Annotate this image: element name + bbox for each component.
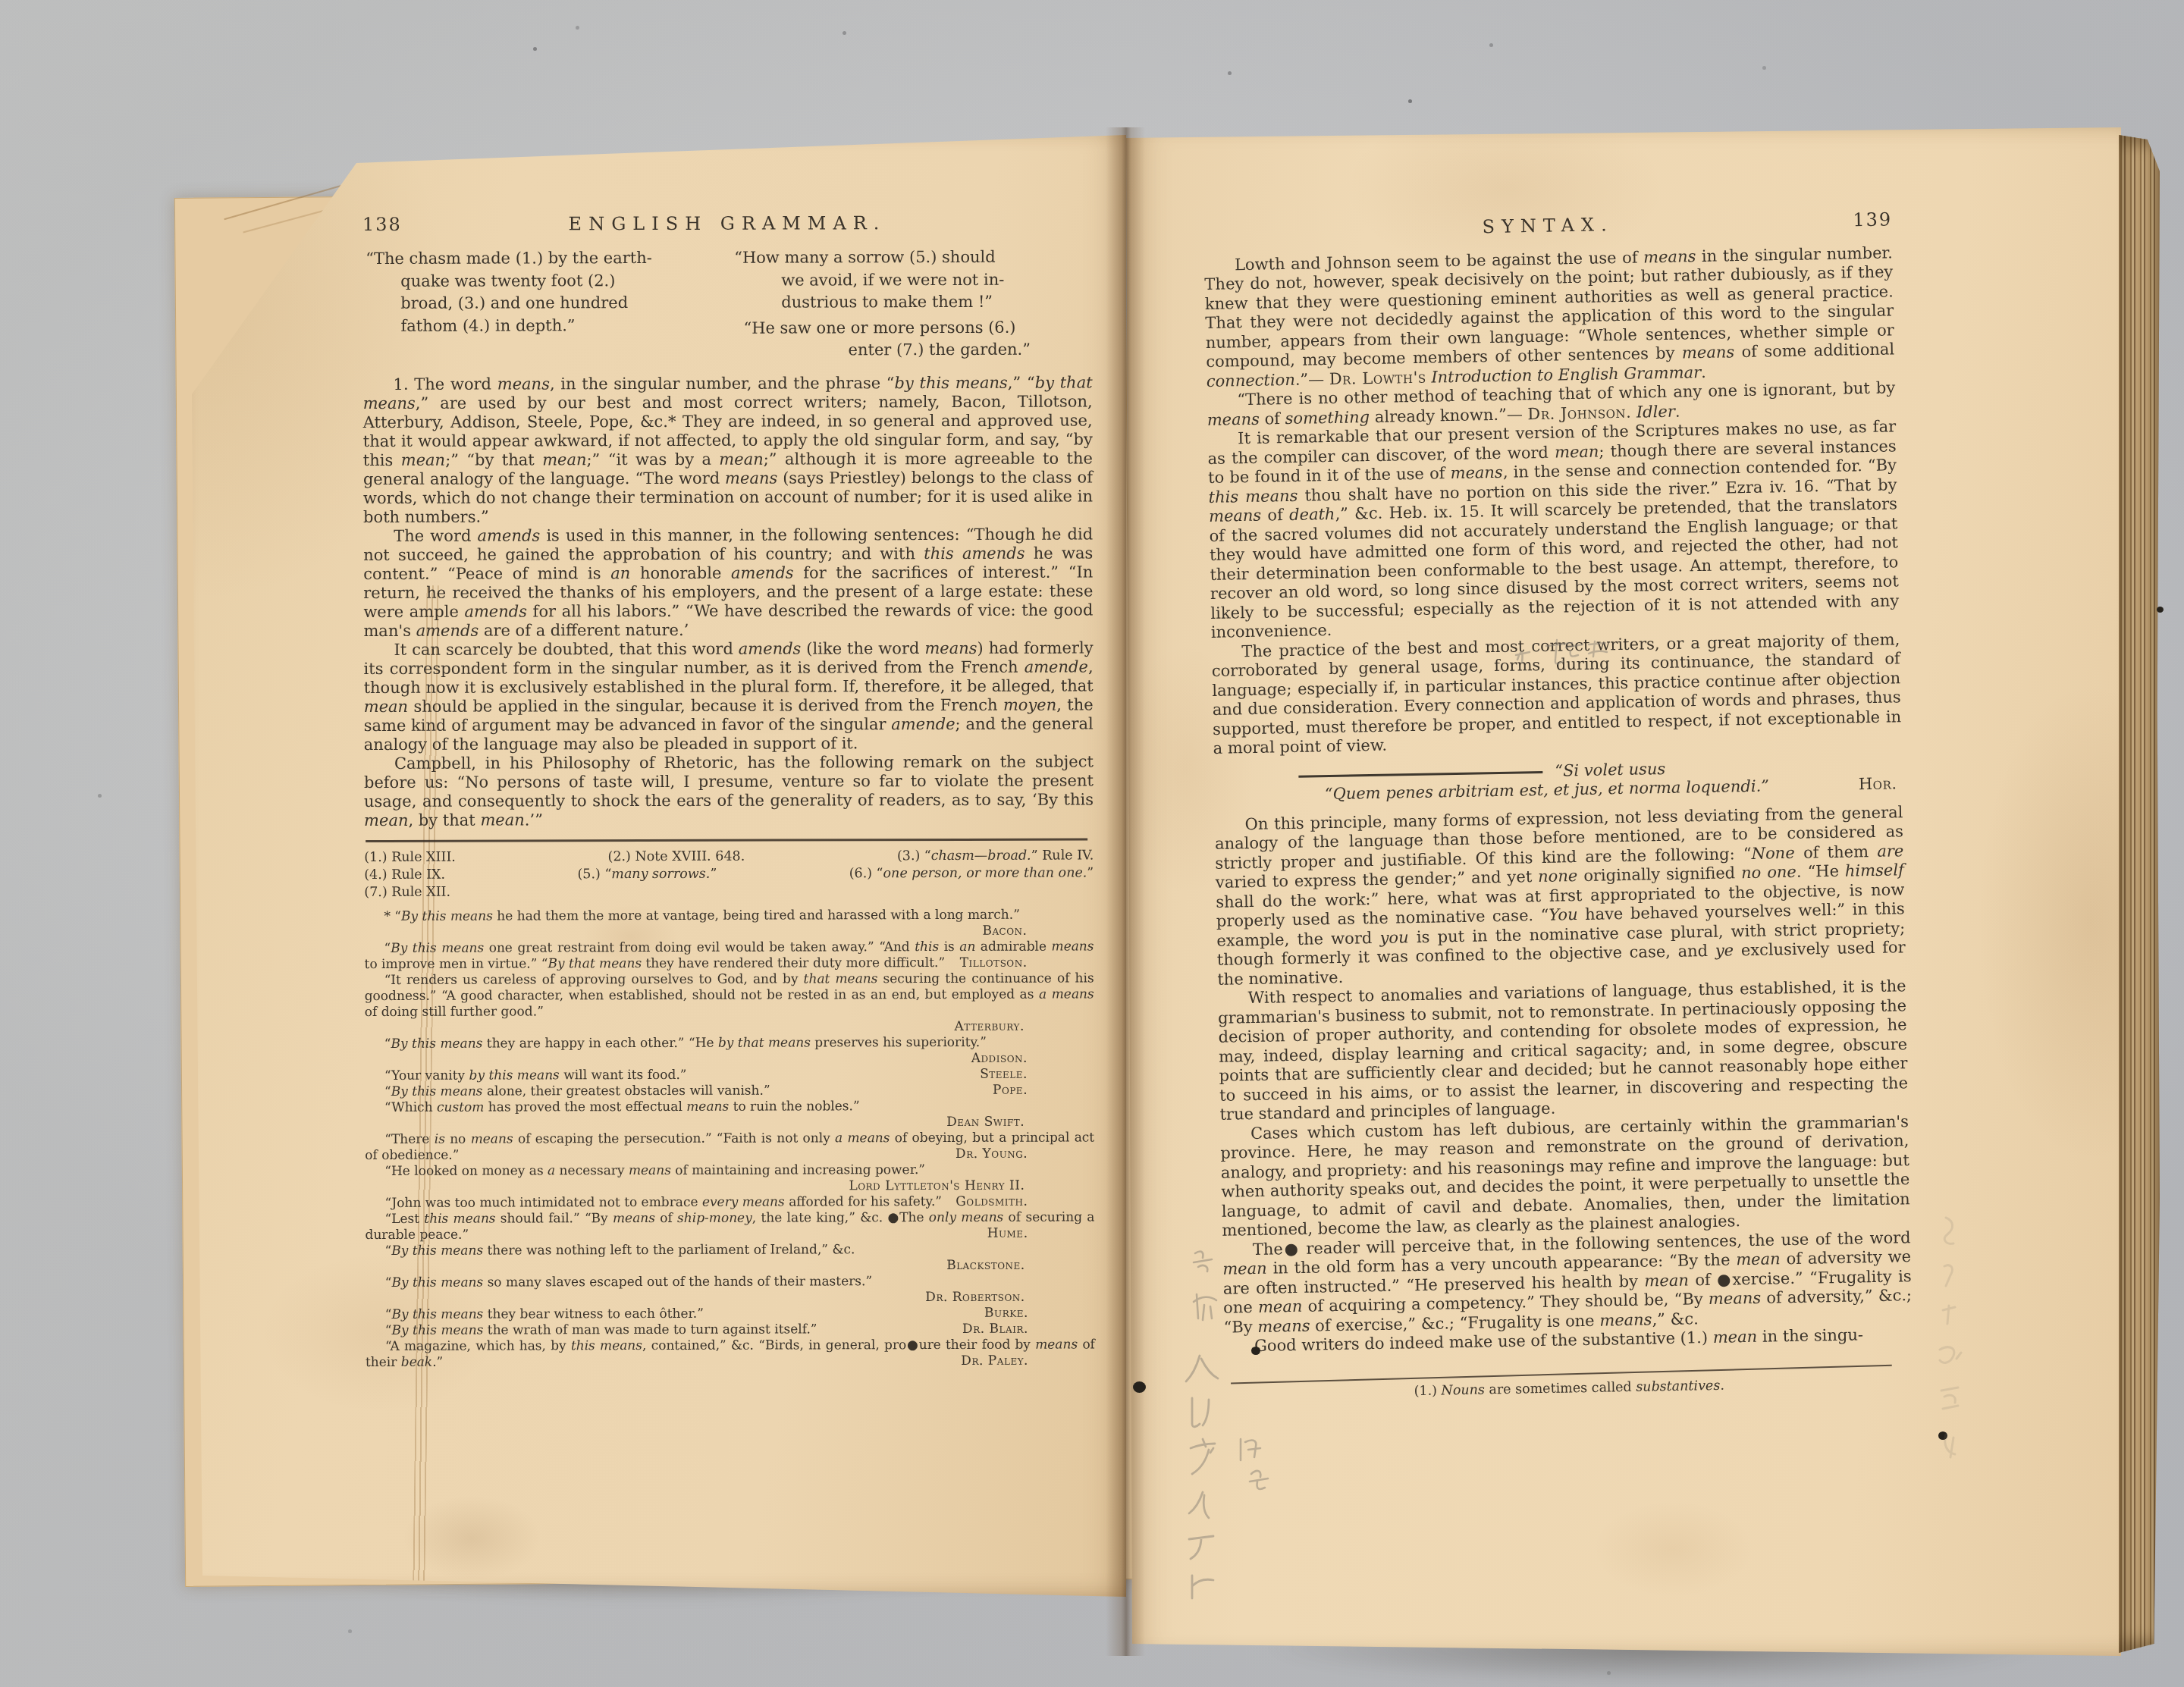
footnote-author: Dr. Robertson. xyxy=(366,1289,1095,1307)
quote-line: “He saw one or more persons (6.) xyxy=(734,316,1092,340)
pencil-annotation-margin-c xyxy=(1235,1435,1280,1500)
pencil-annotation-margin-b xyxy=(1183,1351,1225,1601)
paragraph: With respect to anomalies and variations… xyxy=(1218,977,1909,1124)
footnote-author: Goldsmith. xyxy=(955,1193,1028,1209)
footnote-entry: “By this means one great restraint from … xyxy=(365,939,1094,973)
pencil-annotation-top xyxy=(1513,637,1611,676)
footnote-quote: “By this means they are happy in each ot… xyxy=(384,1034,987,1051)
footnote-author: Pope. xyxy=(993,1082,1028,1098)
footnote-quote: “By this means there was nothing left to… xyxy=(385,1242,855,1259)
paragraph: Lowth and Johnson seem to be against the… xyxy=(1204,243,1895,391)
footnote-ref: (1.) Rule XIII. xyxy=(364,848,456,866)
right-page-content: SYNTAX. 139 Lowth and Johnson seem to be… xyxy=(1203,210,1913,1404)
paragraph: Campbell, in his Philosophy of Rhetoric,… xyxy=(364,752,1094,830)
footnote-ref: (7.) Rule XII. xyxy=(364,883,450,901)
pencil-annotation-margin-a xyxy=(1189,1247,1222,1326)
quote-column-1: “The chasm made (1.) by the earth- quake… xyxy=(366,247,708,363)
footnote-quote: * “By this means he had them the more at… xyxy=(384,907,1019,923)
footnote-entry: “He looked on money as a necessary means… xyxy=(365,1162,1094,1180)
footnote-separator-rule xyxy=(366,838,1087,842)
quote-line: “How many a sorrow (5.) should xyxy=(734,246,1092,269)
verse-dash-rule xyxy=(1298,770,1542,777)
footnote-entry: * “By this means he had them the more at… xyxy=(364,907,1094,941)
footnote-ref-row: (1.) Rule XIII. (2.) Note XVIII. 648. (3… xyxy=(364,847,1094,867)
footnote-entry: “By this means the wrath of man was made… xyxy=(366,1321,1095,1339)
right-page: SYNTAX. 139 Lowth and Johnson seem to be… xyxy=(1126,127,2121,1656)
footnote-references: (1.) Rule XIII. (2.) Note XVIII. 648. (3… xyxy=(364,847,1094,902)
right-footnote: (1.) Nouns are sometimes called substant… xyxy=(1225,1373,1913,1405)
footnote-quote: “Lest this means should fail.” “By means… xyxy=(365,1209,1094,1243)
book-fore-edge xyxy=(2119,135,2160,1653)
footnote-author: Dr. Paley. xyxy=(961,1353,1028,1369)
pencil-annotation-right-margin xyxy=(1932,1213,1970,1471)
footnote-entry: “Your vanity by this means will want its… xyxy=(365,1066,1094,1084)
footnote-quote: “John was too much intimidated not to em… xyxy=(384,1194,942,1211)
footnote-entry: “There is no means of escaping the perse… xyxy=(365,1130,1094,1164)
footnote-quote: “Which custom has proved the most effect… xyxy=(384,1099,860,1115)
footnote-author: Dean Swift. xyxy=(365,1114,1094,1132)
ink-blot xyxy=(1133,1381,1146,1393)
example-quote-block: “The chasm made (1.) by the earth- quake… xyxy=(366,246,1092,362)
footnote-ref: (2.) Note XVIII. 648. xyxy=(608,848,745,865)
paragraph: It is remarkable that our present versio… xyxy=(1207,417,1900,642)
verse-text: “Si volet usus xyxy=(1555,759,1665,779)
paragraph: 1. The word means, in the singular numbe… xyxy=(363,373,1094,527)
left-page-number: 138 xyxy=(362,215,484,234)
quote-line: we avoid, if we were not in- xyxy=(734,268,1092,292)
footnote-quote: “Your vanity by this means will want its… xyxy=(384,1067,687,1083)
footnote-entry: “By this means alone, their greatest obs… xyxy=(365,1082,1094,1100)
quote-line: dustrious to make them !” xyxy=(734,290,1092,314)
quote-line: enter (7.) the garden.” xyxy=(734,338,1092,362)
footnote-entry: “It renders us careless of approving our… xyxy=(365,970,1094,1021)
footnote-entry: “By this means they are happy in each ot… xyxy=(365,1034,1094,1068)
footnote-quote: “He looked on money as a necessary means… xyxy=(384,1162,925,1179)
footnote-author: Lord Lyttleton's Henry II. xyxy=(365,1177,1094,1196)
footnote-ref-row: (7.) Rule XII. xyxy=(364,882,1094,902)
footnote-ref-row: (4.) Rule IX. (5.) “many sorrows.” (6.) … xyxy=(364,864,1094,884)
footnote-ref: (3.) “chasm—broad.” Rule IV. xyxy=(897,847,1094,865)
footnote-author: Burke. xyxy=(984,1305,1028,1321)
footnote-entry: “A magazine, which has, by this means, c… xyxy=(366,1337,1095,1371)
footnote-ref: (4.) Rule IX. xyxy=(364,866,445,883)
footnotes-block: * “By this means he had them the more at… xyxy=(364,907,1095,1371)
latin-verse: “Si volet usus “Quem penes arbitriam est… xyxy=(1213,755,1903,807)
footnote-ref: (6.) “one person, or more than one.” xyxy=(849,864,1094,883)
quote-line: quake was twenty foot (2.) xyxy=(366,269,708,293)
left-page-header: 138 ENGLISH GRAMMAR. xyxy=(362,213,1092,234)
ink-blot xyxy=(1251,1347,1260,1355)
paragraph: Cases which custom has left dubious, are… xyxy=(1220,1112,1911,1241)
paragraph: The● reader will perceive that, in the f… xyxy=(1222,1228,1913,1337)
footnote-quote: “By this means alone, their greatest obs… xyxy=(384,1083,770,1099)
paragraph: The word amends is used in this manner, … xyxy=(363,525,1093,641)
footnote-author: Hume. xyxy=(987,1225,1028,1241)
left-running-head: ENGLISH GRAMMAR. xyxy=(484,214,971,234)
footnote-entry: “By this means they bear witness to each… xyxy=(366,1305,1095,1323)
footnote-quote: “By this means they bear witness to each… xyxy=(385,1306,704,1322)
footnote-quote: “It renders us careless of approving our… xyxy=(365,970,1094,1020)
left-page-content: 138 ENGLISH GRAMMAR. “The chasm made (1.… xyxy=(362,213,1095,1370)
quote-line: fathom (4.) in depth.” xyxy=(366,314,708,337)
book-gutter-shadow xyxy=(1106,127,1145,1656)
footnote-author: Tillotson. xyxy=(960,955,1028,970)
footnote-author: Atterbury. xyxy=(365,1018,1094,1036)
left-page: 138 ENGLISH GRAMMAR. “The chasm made (1.… xyxy=(192,130,1126,1597)
footnote-author: Dr. Young. xyxy=(955,1146,1028,1162)
dust-specks xyxy=(0,0,2,2)
ink-blot xyxy=(2157,607,2164,613)
footnote-entry: “Which custom has proved the most effect… xyxy=(365,1098,1094,1116)
paragraph: It can scarcely be doubted, that this wo… xyxy=(363,638,1093,754)
footnote-entry: “By this means so many slaves escaped ou… xyxy=(366,1273,1095,1291)
footnote-entry: “Lest this means should fail.” “By means… xyxy=(365,1209,1094,1243)
right-page-number: 139 xyxy=(1771,210,1892,231)
footnote-author: Bacon. xyxy=(982,923,1027,939)
footnote-author: Dr. Blair. xyxy=(962,1321,1028,1337)
quote-column-2: “How many a sorrow (5.) should we avoid,… xyxy=(734,246,1092,362)
footnote-ref: (5.) “many sorrows.” xyxy=(577,865,717,883)
footnote-quote: “By this means so many slaves escaped ou… xyxy=(385,1274,873,1290)
footnote-entry: “By this means there was nothing left to… xyxy=(366,1241,1095,1259)
right-page-header: SYNTAX. 139 xyxy=(1203,210,1892,242)
footnote-author: Blackstone. xyxy=(366,1257,1095,1275)
footnote-entry: “John was too much intimidated not to em… xyxy=(365,1193,1094,1212)
footnote-quote: “By this means the wrath of man was made… xyxy=(385,1322,817,1337)
book-scan-screenshot: 138 ENGLISH GRAMMAR. “The chasm made (1.… xyxy=(0,0,2184,1687)
quote-line: “The chasm made (1.) by the earth- xyxy=(366,247,708,271)
footnote-author: Addison. xyxy=(971,1050,1028,1066)
quote-line: broad, (3.) and one hundred xyxy=(366,292,708,315)
paragraph: On this principle, many forms of express… xyxy=(1214,803,1906,989)
footnote-author: Steele. xyxy=(980,1066,1028,1082)
right-running-head: SYNTAX. xyxy=(1325,212,1771,240)
verse-attribution: Hor. xyxy=(1859,774,1897,793)
